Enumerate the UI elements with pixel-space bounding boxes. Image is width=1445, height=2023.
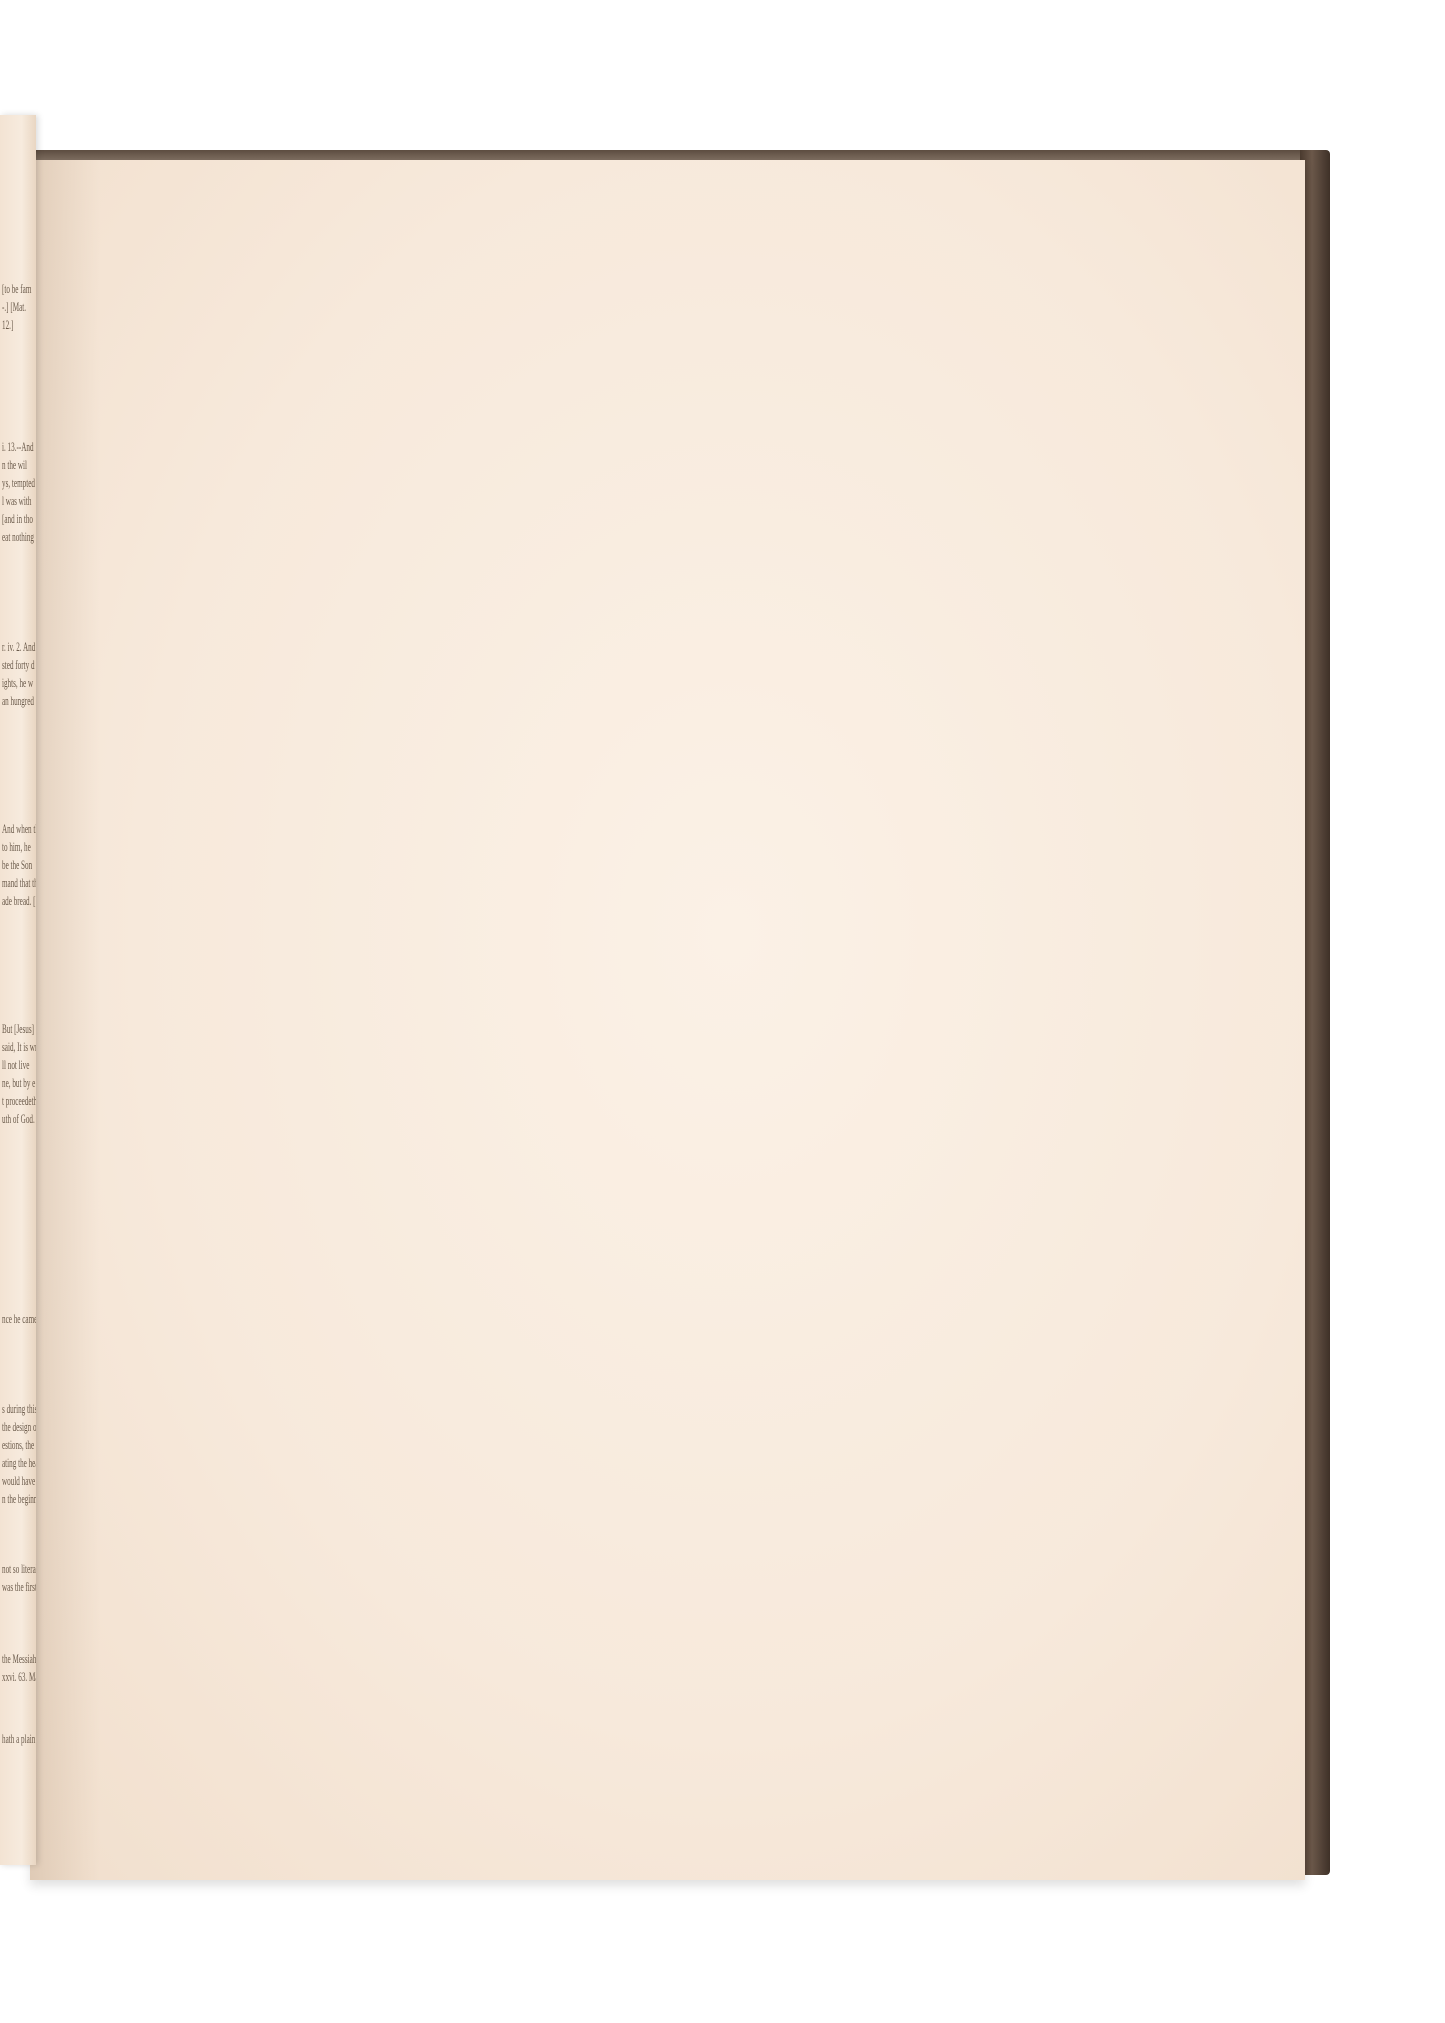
previous-page-fragment: mand that th <box>2 874 36 892</box>
previous-page-fragment: ade bread. [ <box>2 892 36 910</box>
previous-page-fragment: nce he came t <box>2 1310 36 1328</box>
previous-page-fragment: uth of God. [ <box>2 1110 36 1128</box>
previous-page-fragment: r. iv. 2. And <box>2 638 35 656</box>
previous-page-fragment: estions, the ho <box>2 1436 36 1454</box>
book-page <box>30 160 1305 1880</box>
previous-page-fragment: said, It is wr <box>2 1038 36 1056</box>
previous-page-fragment: ights, he w <box>2 674 33 692</box>
previous-page-fragment: [to be fam <box>2 280 31 298</box>
previous-page-fragment: the design of G <box>2 1418 36 1436</box>
previous-page-fragment: -.] [Mat. <box>2 298 26 316</box>
previous-page-fragment: ll not live <box>2 1056 29 1074</box>
previous-page-fragment: ating the hears <box>2 1454 36 1472</box>
previous-page-fragment: eat nothing <box>2 528 34 546</box>
previous-page-fragment: 12.] <box>2 316 13 334</box>
previous-page-fragment: xxvi. 63. Ma <box>2 1668 36 1686</box>
previous-page-fragment: t proceedeth <box>2 1092 36 1110</box>
previous-page-fragment: n the beginning <box>2 1490 36 1508</box>
previous-page-fragment: would have be <box>2 1472 36 1490</box>
previous-page-fragment: be the Son <box>2 856 32 874</box>
previous-page-edge: [to be fam-.] [Mat.12.]i. 13.--Andn the … <box>0 115 36 1865</box>
previous-page-fragment: not so literal <box>2 1560 36 1578</box>
previous-page-fragment: to him, he <box>2 838 31 856</box>
previous-page-text-fragments: [to be fam-.] [Mat.12.]i. 13.--Andn the … <box>0 115 36 1865</box>
page-gutter-shadow <box>30 160 100 1880</box>
previous-page-fragment: l was with <box>2 492 31 510</box>
previous-page-fragment: n the wil <box>2 456 27 474</box>
previous-page-fragment: ys, tempted <box>2 474 35 492</box>
previous-page-fragment: s during this ti <box>2 1400 36 1418</box>
previous-page-fragment: And when th <box>2 820 36 838</box>
previous-page-fragment: ne, but by e <box>2 1074 35 1092</box>
previous-page-fragment: the Messiah <box>2 1650 36 1668</box>
previous-page-fragment: sted forty d <box>2 656 35 674</box>
previous-page-fragment: But [Jesus] <box>2 1020 34 1038</box>
previous-page-fragment: i. 13.--And <box>2 438 34 456</box>
previous-page-fragment: [and in tho <box>2 510 33 528</box>
previous-page-fragment: hath a plain <box>2 1730 35 1748</box>
previous-page-fragment: was the first t <box>2 1578 36 1596</box>
previous-page-fragment: an hungred <box>2 692 34 710</box>
